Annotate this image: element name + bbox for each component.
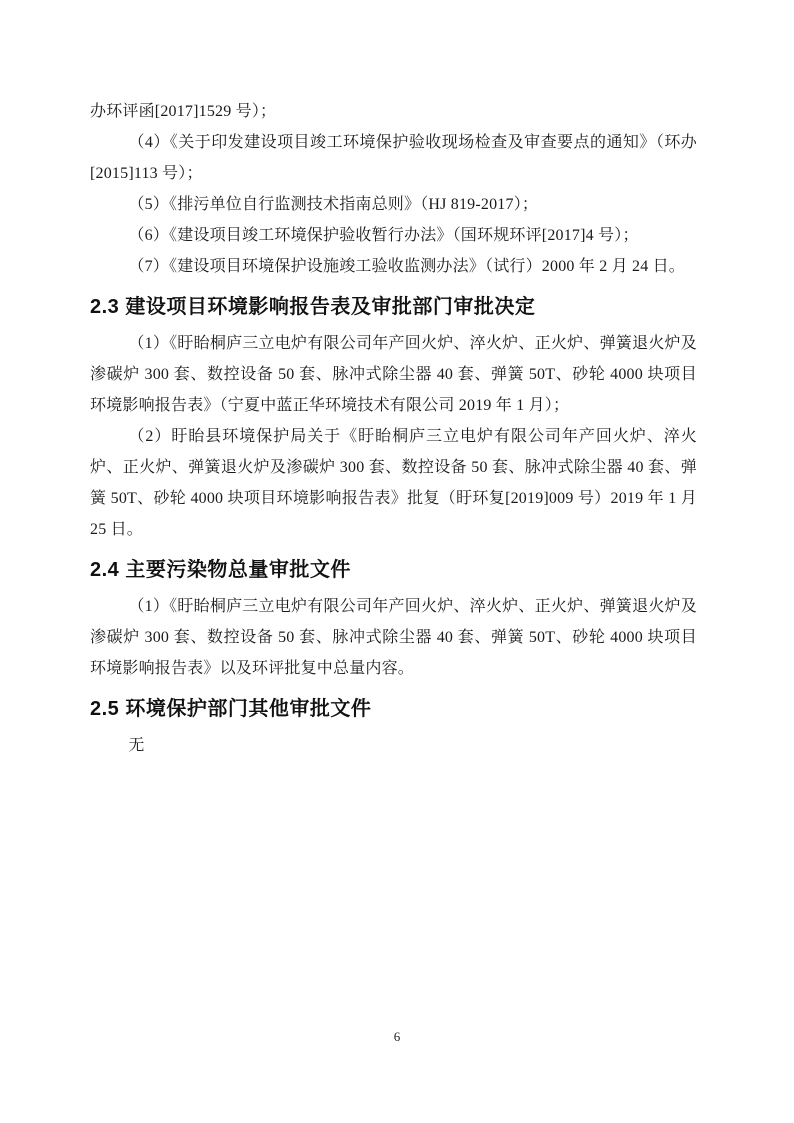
paragraph-item-7: （7）《建设项目环境保护设施竣工验收监测办法》（试行）2000 年 2 月 24… <box>90 251 697 282</box>
paragraph-item-6: （6）《建设项目竣工环境保护验收暂行办法》（国环规环评[2017]4 号）； <box>90 220 697 251</box>
paragraph-item-5: （5）《排污单位自行监测技术指南总则》（HJ 819-2017）； <box>90 189 697 220</box>
document-body: 办环评函[2017]1529 号）； （4）《关于印发建设项目竣工环境保护验收现… <box>90 96 697 761</box>
document-page: 办环评函[2017]1529 号）； （4）《关于印发建设项目竣工环境保护验收现… <box>0 0 794 1123</box>
section-2-5-body: 无 <box>90 730 697 761</box>
page-footer: 6 <box>0 1028 794 1046</box>
section-2-3-item-2: （2）盱眙县环境保护局关于《盱眙桐庐三立电炉有限公司年产回火炉、淬火炉、正火炉、… <box>90 421 697 545</box>
section-2-5-heading: 2.5 环境保护部门其他审批文件 <box>90 694 697 724</box>
paragraph-item-4: （4）《关于印发建设项目竣工环境保护验收现场检查及审查要点的通知》（环办[201… <box>90 127 697 189</box>
section-2-4-heading: 2.4 主要污染物总量审批文件 <box>90 555 697 585</box>
section-2-4-item-1: （1）《盱眙桐庐三立电炉有限公司年产回火炉、淬火炉、正火炉、弹簧退火炉及渗碳炉 … <box>90 591 697 684</box>
paragraph-continuation: 办环评函[2017]1529 号）； <box>90 96 697 127</box>
section-2-3-heading: 2.3 建设项目环境影响报告表及审批部门审批决定 <box>90 292 697 322</box>
page-number: 6 <box>394 1029 401 1044</box>
section-2-3-item-1: （1）《盱眙桐庐三立电炉有限公司年产回火炉、淬火炉、正火炉、弹簧退火炉及渗碳炉 … <box>90 328 697 421</box>
